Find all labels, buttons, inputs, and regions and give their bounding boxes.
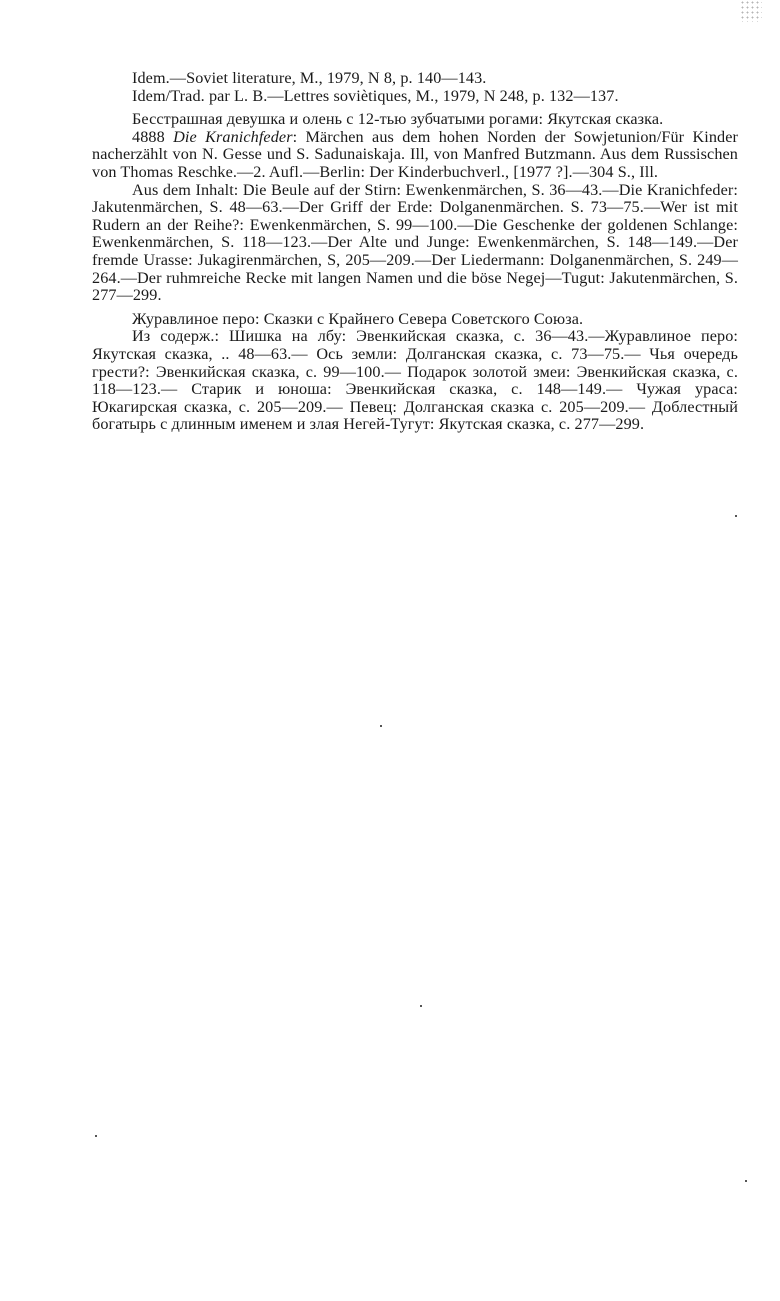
scan-speck [95, 1135, 97, 1137]
entry-4888-text: 4888 Die Kranichfeder: Märchen aus dem h… [92, 129, 738, 182]
scan-speck [380, 725, 382, 727]
paragraph-russian-title-deer: Бесстрашная девушка и олень с 12-тью зуб… [92, 111, 738, 129]
paragraph-idem-lettres-sovietiques: Idem/Trad. par L. B.—Lettres soviètiques… [92, 88, 738, 106]
paragraph-idem-soviet-literature: Idem.—Soviet literature, M., 1979, N 8, … [92, 70, 738, 88]
contents-text: Aus dem Inhalt: Die Beule auf der Stirn:… [92, 182, 738, 305]
citation-text: Idem/Trad. par L. B.—Lettres soviètiques… [92, 88, 738, 106]
scan-speck [745, 1180, 747, 1182]
bibliography-page: Idem.—Soviet literature, M., 1979, N 8, … [92, 70, 738, 434]
entry-title: Die Kranichfeder [173, 128, 293, 146]
contents-text: Из содерж.: Шишка на лбу: Эвенкийская ск… [92, 328, 738, 434]
scan-speck [735, 515, 737, 517]
paragraph-iz-soderzh: Из содерж.: Шишка на лбу: Эвенкийская ск… [92, 328, 738, 434]
scan-noise [740, 0, 762, 22]
scan-speck [420, 1005, 422, 1007]
entry-4888: 4888 Die Kranichfeder: Märchen aus dem h… [92, 129, 738, 182]
russian-title-text: Бесстрашная девушка и олень с 12-тью зуб… [92, 111, 738, 129]
entry-number: 4888 [132, 128, 165, 146]
paragraph-russian-title-crane: Журавлиное перо: Сказки с Крайнего Север… [92, 311, 738, 329]
russian-title-text: Журавлиное перо: Сказки с Крайнего Север… [92, 311, 738, 329]
citation-text: Idem.—Soviet literature, M., 1979, N 8, … [92, 70, 738, 88]
paragraph-aus-dem-inhalt: Aus dem Inhalt: Die Beule auf der Stirn:… [92, 182, 738, 305]
